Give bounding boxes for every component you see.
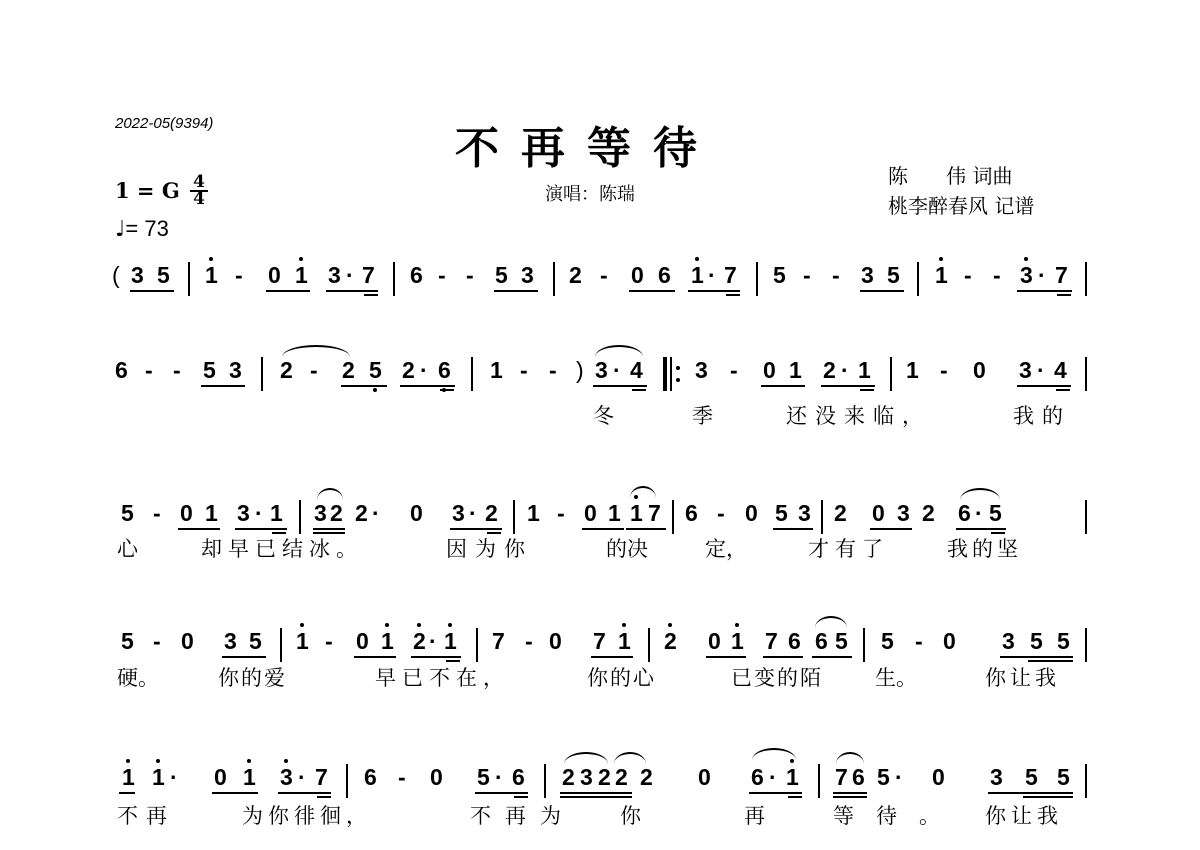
dash: - (993, 262, 1001, 288)
key-signature: 1 = G (115, 178, 180, 203)
beam (956, 528, 1006, 530)
beam-2 (991, 532, 1005, 534)
dot: · (346, 262, 354, 288)
beam (212, 792, 258, 794)
barline (346, 764, 348, 798)
note: 0 (745, 500, 758, 526)
singer-credit: 演唱：陈瑞 (545, 180, 635, 206)
dot: · (769, 764, 777, 790)
dot: · (170, 764, 178, 790)
note-high: 1 (618, 628, 631, 654)
note: 6 (751, 764, 764, 790)
dash: - (398, 764, 406, 790)
dash: - (466, 262, 474, 288)
lyric: 却早已结冰。 (201, 537, 363, 561)
note: 2 (640, 764, 653, 790)
beam-2 (1056, 389, 1070, 391)
lyric: 不再为 (470, 804, 575, 828)
dot: · (841, 357, 849, 383)
lyric: 你让我 (985, 666, 1060, 690)
note: 3 (580, 764, 593, 790)
barline (1085, 764, 1087, 798)
close-paren: ) (576, 357, 584, 383)
note: 3 (237, 500, 250, 526)
lyric: 不再 (117, 804, 175, 828)
slur (564, 752, 608, 764)
note: 5 (249, 628, 262, 654)
lyric: 已变的陌 (731, 666, 823, 690)
beam-2 (317, 796, 331, 798)
note-high: 1 (243, 764, 256, 790)
beam (235, 528, 287, 530)
note: 3 (224, 628, 237, 654)
dash: - (153, 500, 161, 526)
note: 2 (823, 357, 836, 383)
beam-2 (788, 796, 802, 798)
beam (222, 656, 266, 658)
beam-2 (860, 389, 874, 391)
barline (1085, 500, 1087, 534)
note-high: 1 (152, 764, 165, 790)
note-high: 1 (381, 628, 394, 654)
note: 3 (695, 357, 708, 383)
dash: - (803, 262, 811, 288)
score-line-4: 5 - 0 3 5 1 - 0 1 2 · 1 7 - 0 7 1 2 0 1 … (0, 628, 1200, 708)
note: 7 (648, 500, 661, 526)
song-title: 不再等待 (455, 112, 719, 176)
lyric: 你的心 (587, 666, 656, 690)
dash: - (940, 357, 948, 383)
dot: · (298, 764, 306, 790)
note-high: 3 (1020, 262, 1033, 288)
note: 3 (131, 262, 144, 288)
lyric: 再 (744, 804, 765, 828)
note: 7 (835, 764, 848, 790)
note: 4 (1054, 357, 1067, 383)
beam-2 (833, 796, 867, 798)
note: 5 (1057, 764, 1070, 790)
time-signature-denominator: 4 (190, 192, 208, 207)
transcriber-credit: 桃李醉春风 记谱 (888, 190, 1034, 219)
beam (821, 385, 875, 387)
beam (988, 792, 1073, 794)
note: 1 (608, 500, 621, 526)
slur (836, 752, 864, 764)
note: 2 (562, 764, 575, 790)
beam (119, 792, 135, 794)
note: 2 (834, 500, 847, 526)
dash: - (520, 357, 528, 383)
note: 1 (270, 500, 283, 526)
barline (1085, 262, 1087, 296)
dash: - (832, 262, 840, 288)
barline (261, 357, 263, 391)
beam (629, 290, 675, 292)
beam (773, 528, 813, 530)
lyricist-composer-credit: 陈 伟 词曲 (888, 160, 1013, 189)
beam-2 (440, 389, 454, 391)
beam-2 (1028, 660, 1073, 662)
score-line-1: ( 3 5 1 - 0 1 3 · 7 6 - - 5 3 2 - 0 6 1 … (0, 262, 1200, 342)
score-line-3: 5 - 0 1 3 · 1 3 2 2 · 0 3 · 2 1 - 0 1 1 … (0, 500, 1200, 580)
beam (450, 528, 502, 530)
beam (201, 385, 245, 387)
barline (471, 357, 473, 391)
beam (400, 385, 455, 387)
dash: - (310, 357, 318, 383)
note: 0 (698, 764, 711, 790)
beam (1017, 290, 1072, 292)
note: 3 (314, 500, 327, 526)
open-paren: ( (112, 262, 120, 288)
note: 0 (549, 628, 562, 654)
barline (513, 500, 515, 534)
note: 0 (356, 628, 369, 654)
beam-2 (560, 796, 632, 798)
note: 2 (355, 500, 368, 526)
note: 2 (615, 764, 628, 790)
beam (626, 528, 666, 530)
slur (815, 616, 847, 628)
beam (341, 385, 387, 387)
beam (475, 792, 528, 794)
dot: · (429, 628, 437, 654)
barline (863, 628, 865, 662)
barline (1085, 357, 1087, 391)
beam (761, 385, 805, 387)
note: 5 (989, 500, 1002, 526)
dot: · (469, 500, 477, 526)
note: 2 (342, 357, 355, 383)
barline (280, 628, 282, 662)
note: 3 (521, 262, 534, 288)
beam-2 (313, 532, 345, 534)
beam (870, 528, 912, 530)
note: 2 (330, 500, 343, 526)
note: 0 (763, 357, 776, 383)
dot: · (1038, 262, 1046, 288)
beam (1000, 656, 1073, 658)
beam-2 (726, 294, 740, 296)
lyric: 硬。 (117, 666, 159, 690)
note: 3 (798, 500, 811, 526)
beam (278, 792, 331, 794)
beam-2 (632, 389, 646, 391)
beam-2 (1057, 294, 1071, 296)
lyric: 为你徘徊， (242, 804, 372, 828)
beam-2 (364, 294, 378, 296)
note: 2 (280, 357, 293, 383)
lyric: 我的坚 (947, 537, 1022, 561)
beam (812, 656, 852, 658)
beam-2 (272, 532, 286, 534)
note: 0 (584, 500, 597, 526)
note: 3 (229, 357, 242, 383)
note-high: 1 (295, 262, 308, 288)
note: 1 (789, 357, 802, 383)
note: 5 (477, 764, 490, 790)
beam-2 (446, 660, 460, 662)
beam (266, 290, 310, 292)
note: 0 (268, 262, 281, 288)
note: 6 (410, 262, 423, 288)
dot: · (708, 262, 716, 288)
beam (326, 290, 378, 292)
dot: · (372, 500, 380, 526)
beam (354, 656, 396, 658)
note: 5 (887, 262, 900, 288)
dot: · (895, 764, 903, 790)
tie (614, 752, 646, 764)
note: 0 (181, 628, 194, 654)
lyric: 定， (705, 537, 747, 561)
beam (130, 290, 174, 292)
tempo-value: = 73 (125, 216, 168, 241)
dash: - (145, 357, 153, 383)
beam (591, 656, 633, 658)
note: 6 (852, 764, 865, 790)
note-high: 2 (413, 628, 426, 654)
barline (756, 262, 758, 296)
note: 6 (364, 764, 377, 790)
note: 0 (180, 500, 193, 526)
barline (476, 628, 478, 662)
note: 5 (773, 262, 786, 288)
score-line-5: 1 1 · 0 1 3 · 7 6 - 0 5 · 6 2 3 2 2 2 0 … (0, 764, 1200, 844)
dash: - (557, 500, 565, 526)
time-signature: 4 4 (190, 175, 208, 207)
barline (393, 262, 395, 296)
barline (553, 262, 555, 296)
note: 7 (1055, 262, 1068, 288)
note: 3 (452, 500, 465, 526)
note-high: 1 (444, 628, 457, 654)
slur (960, 488, 1000, 500)
note: 7 (492, 628, 505, 654)
dot: · (1037, 357, 1045, 383)
note-high: 1 (205, 262, 218, 288)
lyric: 因为你 (446, 537, 533, 561)
dot: · (613, 357, 621, 383)
tie (282, 345, 350, 357)
note: 1 (858, 357, 871, 383)
note: 1 (527, 500, 540, 526)
note-low: 5 (369, 357, 382, 383)
note: 0 (214, 764, 227, 790)
lyric: 冬 (593, 404, 614, 428)
note: 5 (121, 628, 134, 654)
beam (688, 290, 740, 292)
beam (706, 656, 746, 658)
dash: - (600, 262, 608, 288)
note: 3 (328, 262, 341, 288)
note: 2 (922, 500, 935, 526)
note-high: 1 (122, 764, 135, 790)
note: 6 (658, 262, 671, 288)
note: 0 (631, 262, 644, 288)
slur (595, 345, 643, 357)
note: 1 (205, 500, 218, 526)
note: 6 (788, 628, 801, 654)
beam (749, 792, 802, 794)
note: 1 (906, 357, 919, 383)
note: 0 (932, 764, 945, 790)
note: 1 (490, 357, 503, 383)
note: 6 (512, 764, 525, 790)
lyric: 早已不在， (375, 666, 510, 690)
note: 5 (203, 357, 216, 383)
note: 5 (495, 262, 508, 288)
barline (299, 500, 301, 534)
beam (560, 792, 632, 794)
note: 5 (1030, 628, 1043, 654)
dash: - (438, 262, 446, 288)
note: 5 (157, 262, 170, 288)
note-high: 1 (935, 262, 948, 288)
dash: - (915, 628, 923, 654)
note: 3 (595, 357, 608, 383)
lyric: 你让我 (985, 804, 1063, 828)
dot: · (420, 357, 428, 383)
lyric: 等待。 (833, 804, 962, 828)
note: 7 (315, 764, 328, 790)
quarter-note-icon: ♩ (115, 217, 125, 242)
beam (1017, 385, 1071, 387)
barline (890, 357, 892, 391)
note: 0 (973, 357, 986, 383)
lyric: 我的 (1013, 404, 1071, 428)
note: 5 (877, 764, 890, 790)
barline (917, 262, 919, 296)
lyric: 心 (117, 537, 138, 561)
note-high: 1 (691, 262, 704, 288)
barline (818, 764, 820, 798)
note: 5 (1025, 764, 1038, 790)
note: 3 (1019, 357, 1032, 383)
dash: - (964, 262, 972, 288)
note: 3 (897, 500, 910, 526)
lyric: 还没来临， (786, 404, 931, 428)
beam (833, 792, 867, 794)
note: 6 (115, 357, 128, 383)
dash: - (730, 357, 738, 383)
note: 0 (872, 500, 885, 526)
note: 4 (630, 357, 643, 383)
note: 6 (685, 500, 698, 526)
note: 5 (881, 628, 894, 654)
note: 2 (598, 764, 611, 790)
note: 3 (861, 262, 874, 288)
dot: · (975, 500, 983, 526)
note: 7 (362, 262, 375, 288)
note-high: 1 (731, 628, 744, 654)
dash: - (235, 262, 243, 288)
note: 2 (569, 262, 582, 288)
dash: - (525, 628, 533, 654)
note: 5 (1057, 628, 1070, 654)
dash: - (173, 357, 181, 383)
note: 0 (943, 628, 956, 654)
note-high: 2 (664, 628, 677, 654)
note: 2 (402, 357, 415, 383)
beam-2 (487, 532, 501, 534)
note: 7 (765, 628, 778, 654)
beam-2 (514, 796, 528, 798)
barline (648, 628, 650, 662)
beam (411, 656, 461, 658)
beam (763, 656, 803, 658)
beam (860, 290, 904, 292)
dot: · (255, 500, 263, 526)
note: 5 (121, 500, 134, 526)
note: 0 (708, 628, 721, 654)
barline (1085, 628, 1087, 662)
score-line-2: 6 - - 5 3 2 - 2 5 2 · 6 1 - - ) 3 · 4 3 … (0, 357, 1200, 437)
note-high: 1 (786, 764, 799, 790)
dash: - (717, 500, 725, 526)
slur (317, 488, 343, 500)
lyric: 你的爱 (218, 666, 287, 690)
beam (582, 528, 624, 530)
note: 3 (990, 764, 1003, 790)
tempo-marking: ♩= 73 (115, 216, 169, 242)
dash: - (153, 628, 161, 654)
lyric: 的决 (606, 537, 648, 561)
note: 7 (724, 262, 737, 288)
note: 7 (593, 628, 606, 654)
beam (178, 528, 220, 530)
slur (752, 748, 796, 760)
beam-2 (1023, 796, 1073, 798)
note-high: 3 (280, 764, 293, 790)
lyric: 季 (692, 404, 713, 428)
note: 6 (815, 628, 828, 654)
note-high: 1 (296, 628, 309, 654)
note-low: 6 (438, 357, 451, 383)
dot: · (495, 764, 503, 790)
note: 5 (835, 628, 848, 654)
score-code: 2022-05(9394) (115, 115, 213, 132)
note: 0 (410, 500, 423, 526)
barline (188, 262, 190, 296)
lyric: 才有了 (808, 537, 889, 561)
lyric: 生。 (875, 666, 917, 690)
barline (544, 764, 546, 798)
note-high: 1 (630, 500, 643, 526)
barline (821, 500, 823, 534)
barline (672, 500, 674, 534)
lyric: 你 (620, 804, 641, 828)
note: 5 (775, 500, 788, 526)
note: 3 (1002, 628, 1015, 654)
beam (313, 528, 345, 530)
dash: - (325, 628, 333, 654)
beam (593, 385, 647, 387)
note: 6 (958, 500, 971, 526)
dash: - (549, 357, 557, 383)
note: 2 (485, 500, 498, 526)
note: 0 (430, 764, 443, 790)
beam (494, 290, 538, 292)
